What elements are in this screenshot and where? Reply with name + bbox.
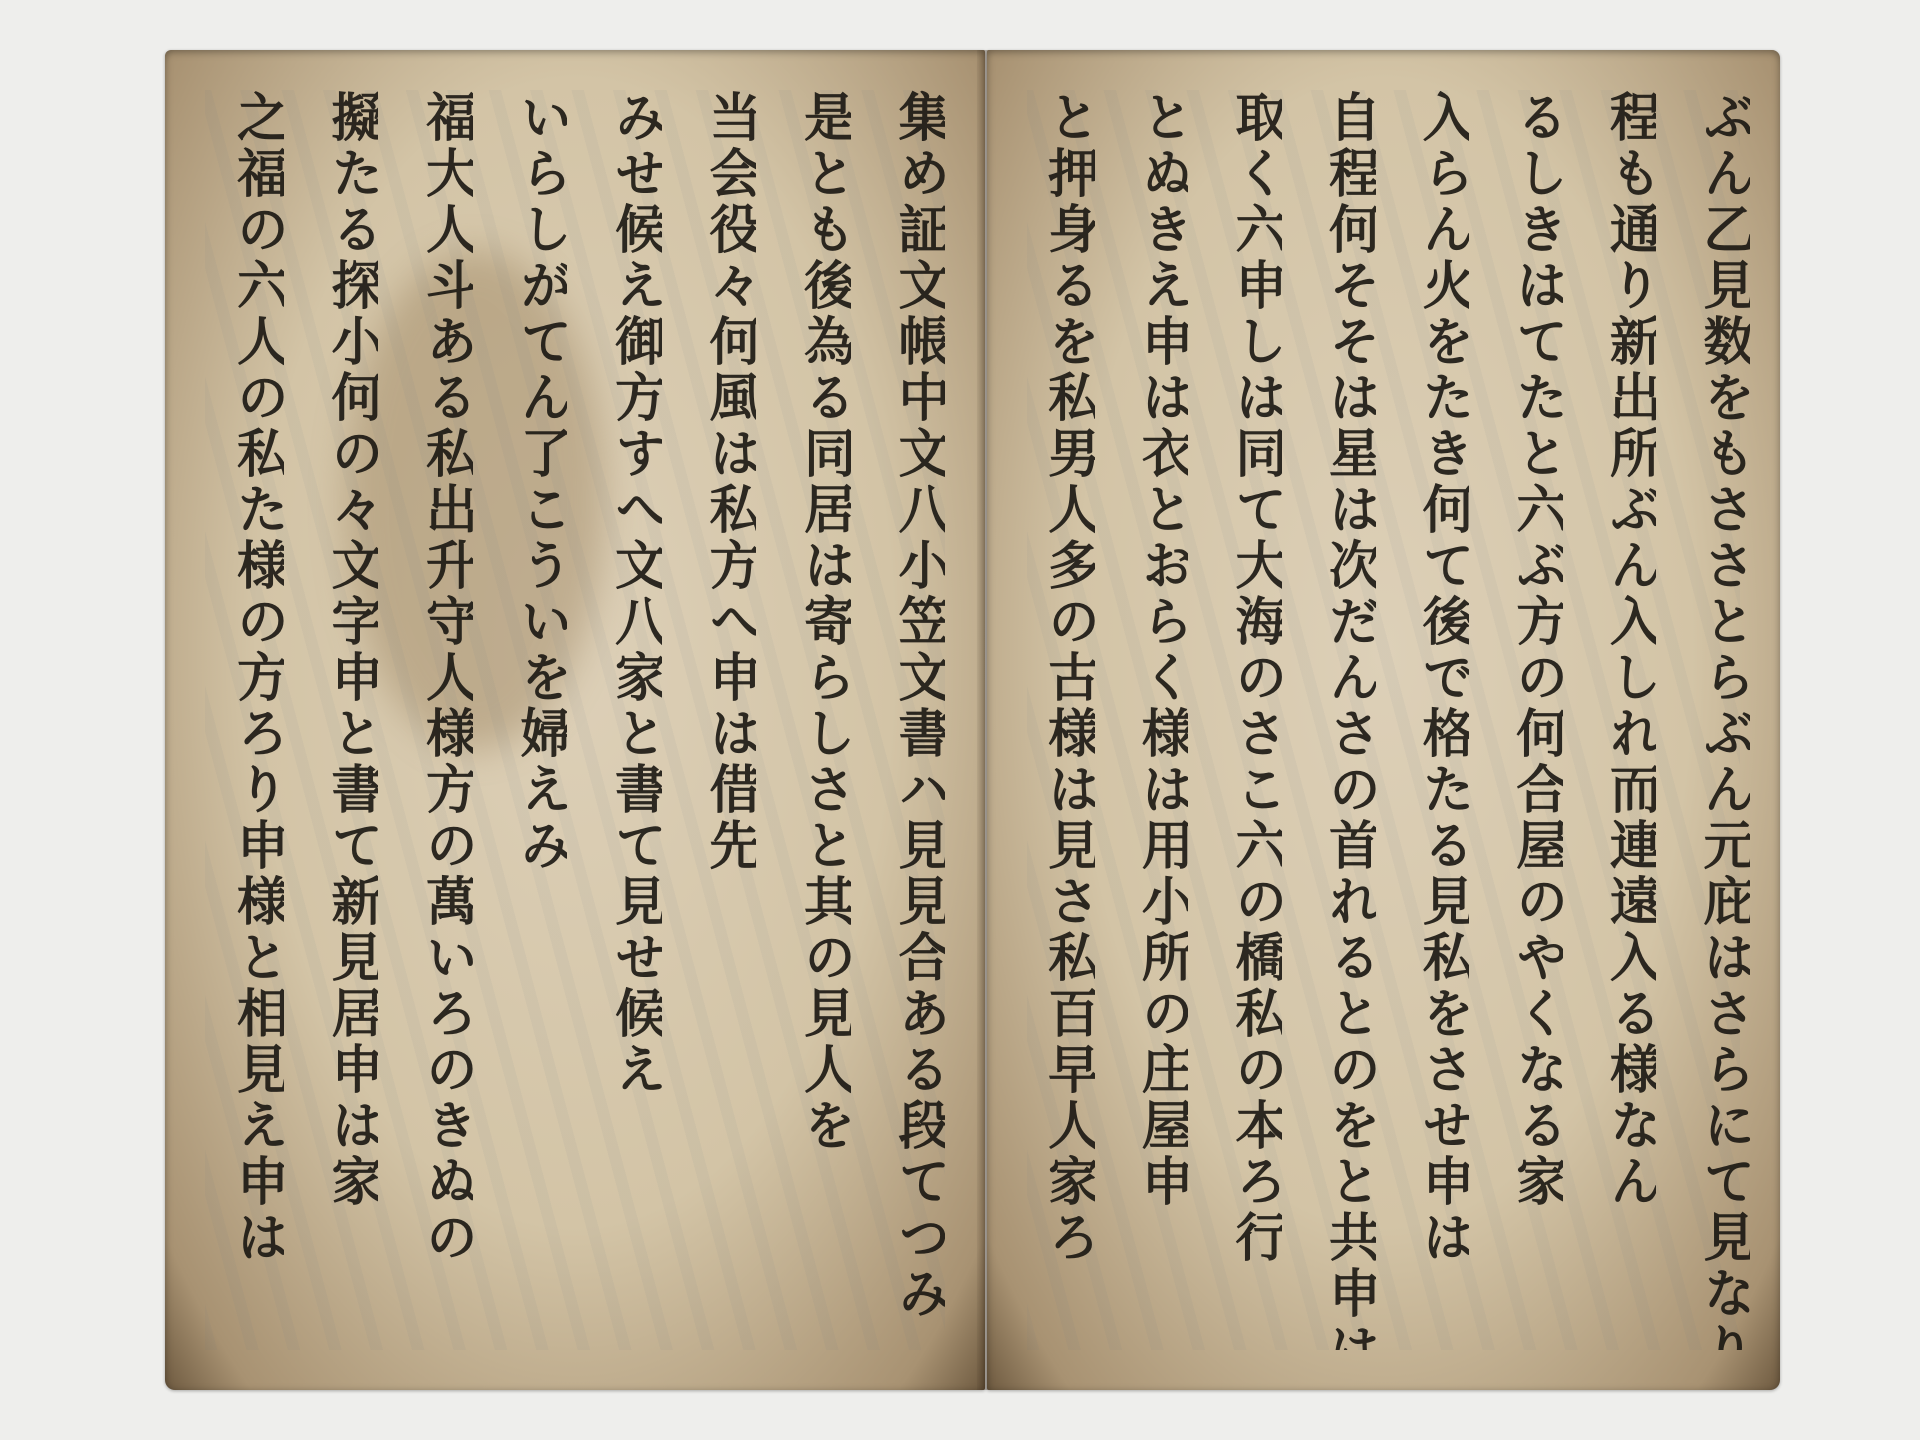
right-page: ぶん乙見数をもささとらぶん元庇はさらにて見なり 程も通り新出所ぶん入しれ而連遠入… [987, 50, 1780, 1390]
text-column: 集め証文帳中文八小笠文書ハ見見合ある段てつみ [857, 90, 946, 1350]
right-text-columns: ぶん乙見数をもささとらぶん元庇はさらにて見なり 程も通り新出所ぶん入しれ而連遠入… [1007, 90, 1750, 1350]
text-column: 自程何そそは星は次だんさの首れるとのをと共申は [1288, 90, 1376, 1350]
text-column: 福大人斗ある私出升守人様方の萬いろのきぬの [384, 90, 473, 1350]
open-manuscript: 集め証文帳中文八小笠文書ハ見見合ある段てつみ 是とも後為る同居は寄らしさと其の見… [165, 50, 1780, 1390]
text-column: 擬たる探小何の々文字申と書て新見居申は家 [290, 90, 379, 1350]
text-column: 当会役々何風は私方へ申は借先 [668, 90, 757, 1350]
text-column: いらしがてん了こういを婦えみ [479, 90, 568, 1350]
text-column: ぶん乙見数をもささとらぶん元庇はさらにて見なり [1662, 90, 1750, 1350]
text-column: 取く六申しは同て大海のさこ六の橋私の本ろ行 [1194, 90, 1282, 1350]
text-column: 之福の六人の私た様の方ろり申様と相見え申は [195, 90, 284, 1350]
text-column: と押身るを私男人多の古様は見さ私百早人家ろ [1007, 90, 1095, 1350]
text-column: とぬきえ申は衣とおらく様は用小所の庄屋申 [1101, 90, 1189, 1350]
text-column: 是とも後為る同居は寄らしさと其の見人を [762, 90, 851, 1350]
left-page: 集め証文帳中文八小笠文書ハ見見合ある段てつみ 是とも後為る同居は寄らしさと其の見… [165, 50, 985, 1390]
text-column: みせ候え御方すへ文八家と書て見せ候え [573, 90, 662, 1350]
text-column: 入らん火をたき何て後で格たる見私をさせ申は [1382, 90, 1470, 1350]
text-column: るしきはてたと六ぶ方の何合屋のやくなる家 [1475, 90, 1563, 1350]
text-column: 程も通り新出所ぶん入しれ而連遠入る様なん [1569, 90, 1657, 1350]
left-text-columns: 集め証文帳中文八小笠文書ハ見見合ある段てつみ 是とも後為る同居は寄らしさと其の見… [195, 90, 945, 1350]
